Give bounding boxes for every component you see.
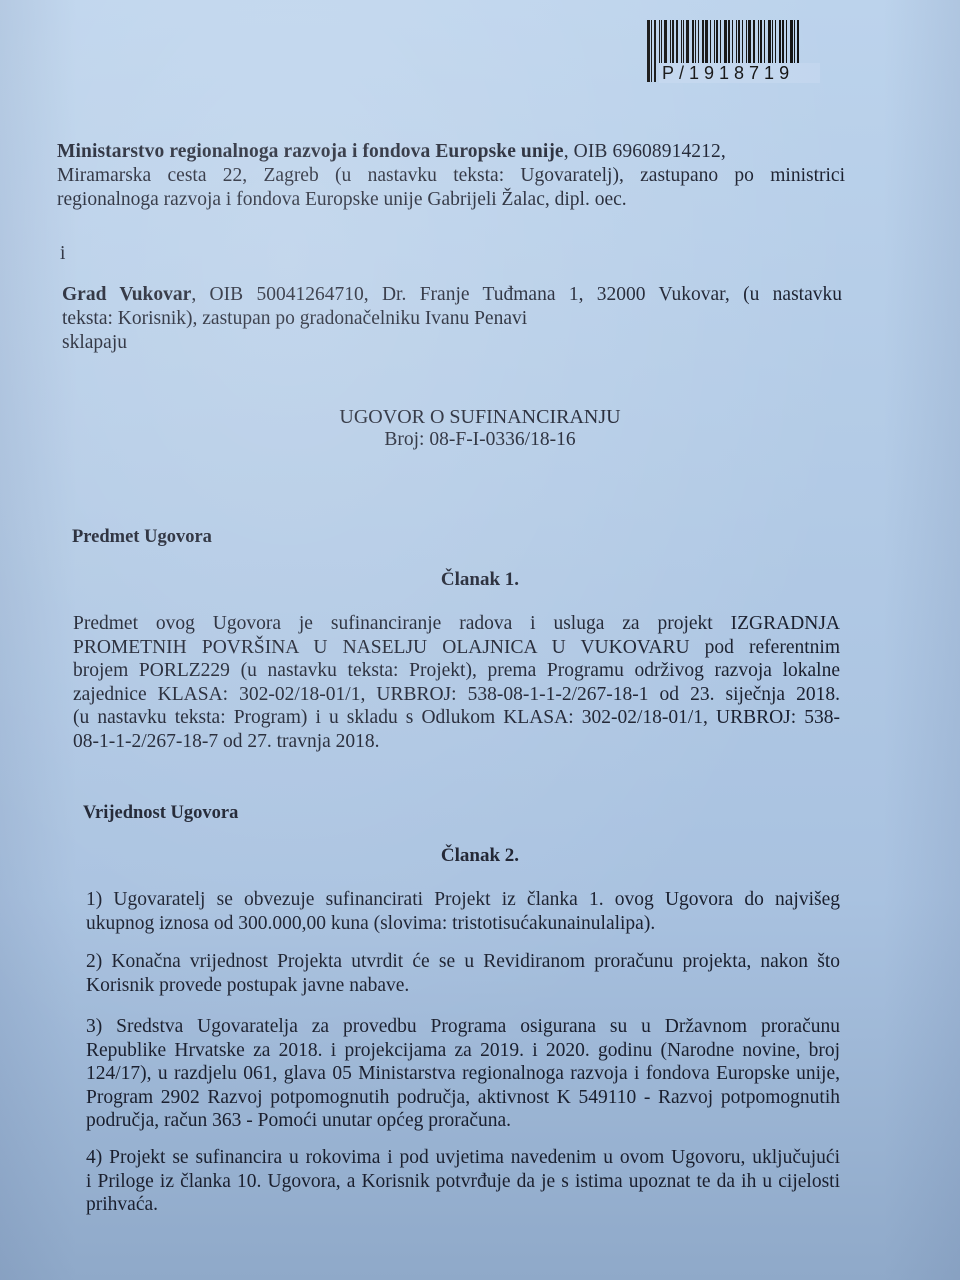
contract-number: Broj: 08-F-I-0336/18-16	[280, 428, 680, 452]
text-line: 124/17), u razdjelu 061, glava 05 Minist…	[86, 1062, 840, 1086]
text-line: brojem PORLZ229 (u nastavku teksta: Proj…	[73, 659, 840, 683]
party-first-line1: Ministarstvo regionalnoga razvoja i fond…	[57, 140, 845, 164]
text-line: 4) Projekt se sufinancira u rokovima i p…	[86, 1146, 840, 1170]
party-second-oib: , OIB 50041264710, Dr. Franje Tuđmana 1,…	[191, 284, 842, 305]
party-first-line2: Miramarska cesta 22, Zagreb (u nastavku …	[57, 164, 845, 188]
text-line: prihvaća.	[86, 1193, 840, 1217]
text-line: (u nastavku teksta: Program) i u skladu …	[73, 706, 840, 730]
text-line: 3) Sredstva Ugovaratelja za provedbu Pro…	[86, 1015, 840, 1039]
party-second-line2: teksta: Korisnik), zastupan po gradonače…	[62, 307, 842, 331]
text-line: Program 2902 Razvoj potpomognutih područ…	[86, 1086, 840, 1110]
text-line: PROMETNIH POVRŠINA U NASELJU OLAJNICA U …	[73, 636, 840, 660]
text-line: područja, račun 363 - Pomoći unutar opće…	[86, 1109, 840, 1133]
text-line: 2) Konačna vrijednost Projekta utvrdit ć…	[86, 950, 840, 974]
conjunction: i	[60, 242, 65, 266]
party-second-name: Grad Vukovar	[62, 284, 191, 305]
party-first-oib: , OIB 69608914212,	[564, 141, 726, 162]
section-heading-vrijednost: Vrijednost Ugovora	[83, 801, 238, 825]
document-page: P/1918719 Ministarstvo regionalnoga razv…	[0, 0, 960, 1280]
text-line: 1) Ugovaratelj se obvezuje sufinancirati…	[86, 888, 840, 912]
text-line: Predmet ovog Ugovora je sufinanciranje r…	[73, 612, 840, 636]
section-heading-predmet: Predmet Ugovora	[72, 525, 212, 549]
party-first-name: Ministarstvo regionalnoga razvoja i fond…	[57, 141, 564, 162]
article-2-heading: Članak 2.	[300, 844, 660, 868]
text-line: i Priloge iz članka 10. Ugovora, a Koris…	[86, 1170, 840, 1194]
contract-title: UGOVOR O SUFINANCIRANJU	[280, 405, 680, 429]
party-first-line3: regionalnoga razvoja i fondova Europske …	[57, 188, 845, 212]
barcode-number: P/1918719	[659, 63, 820, 83]
text-line: Republike Hrvatske za 2018. i projekcija…	[86, 1039, 840, 1063]
article-1-heading: Članak 1.	[300, 568, 660, 592]
barcode: P/1918719	[647, 20, 829, 82]
text-line: zajednice KLASA: 302-02/18-01/1, URBROJ:…	[73, 683, 840, 707]
text-line: ukupnog iznosa od 300.000,00 kuna (slovi…	[86, 912, 840, 936]
text-line: Korisnik provede postupak javne nabave.	[86, 974, 840, 998]
verb-sklapaju: sklapaju	[62, 331, 127, 355]
text-line: 08-1-1-2/267-18-7 od 27. travnja 2018.	[73, 730, 840, 754]
party-second-line1: Grad Vukovar, OIB 50041264710, Dr. Franj…	[62, 283, 842, 307]
